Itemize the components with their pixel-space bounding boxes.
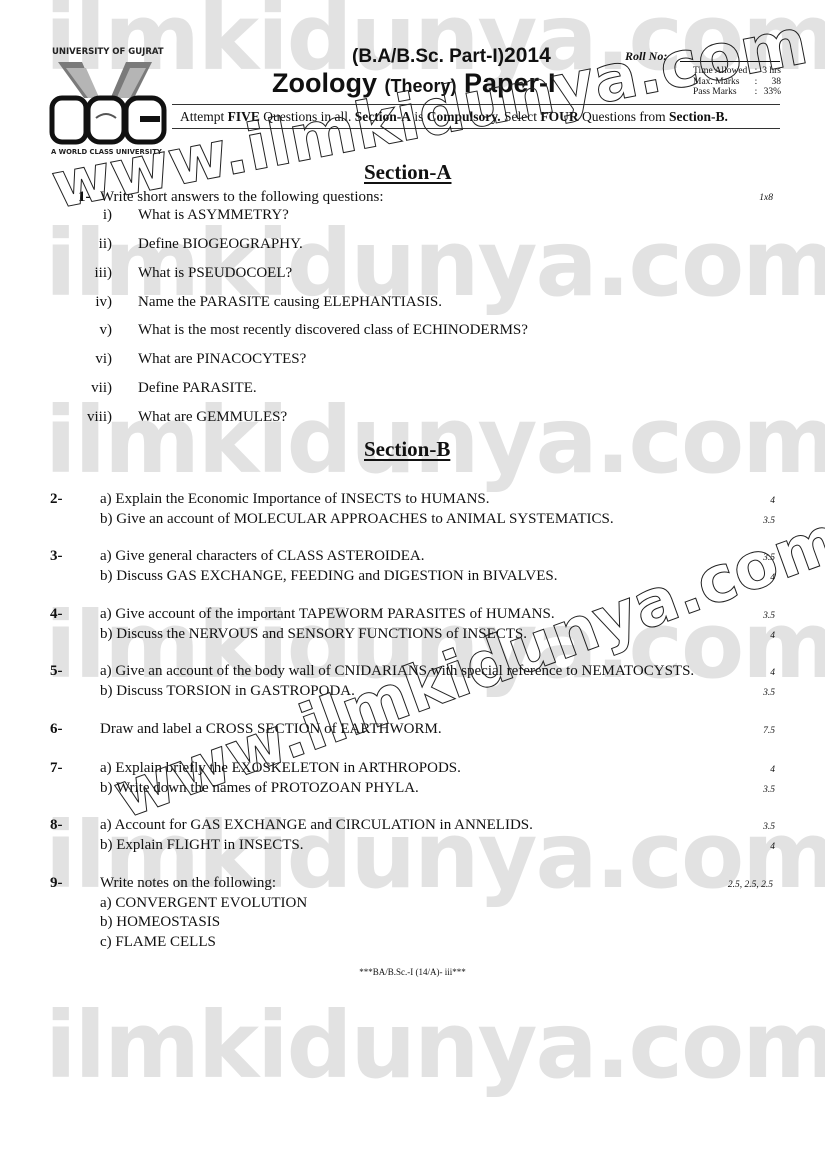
part-marks: 4: [695, 668, 775, 678]
question-part: c) FLAME CELLS: [100, 934, 216, 951]
part-marks: 3.5: [695, 822, 775, 832]
question-part: b) Explain FLIGHT in INSECTS.: [100, 837, 303, 854]
question-number: 4-: [50, 606, 63, 623]
question-number: 7-: [50, 760, 63, 777]
part-marks: 4: [695, 631, 775, 641]
question-part: a) CONVERGENT EVOLUTION: [100, 895, 307, 912]
question-number: 8-: [50, 817, 63, 834]
part-marks: 3.5: [695, 785, 775, 795]
part-marks: 7.5: [695, 726, 775, 736]
question-number: 5-: [50, 663, 63, 680]
question-part: Write notes on the following:: [100, 875, 276, 892]
question-number: 9-: [50, 875, 63, 892]
question-part: b) Discuss GAS EXCHANGE, FEEDING and DIG…: [100, 568, 558, 585]
question-part: b) Give an account of MOLECULAR APPROACH…: [100, 511, 614, 528]
part-marks: 4: [695, 765, 775, 775]
part-marks: 4: [695, 842, 775, 852]
question-part: a) Give account of the important TAPEWOR…: [100, 606, 555, 623]
part-marks: 4: [695, 496, 775, 506]
part-marks: 2.5, 2.5, 2.5: [693, 880, 773, 890]
part-marks: 3.5: [695, 688, 775, 698]
question-number: 3-: [50, 548, 63, 565]
paper-code-footer: ***BA/B.Sc.-I (14/A)- iii***: [0, 967, 825, 977]
question-part: b) HOMEOSTASIS: [100, 914, 220, 931]
question-number: 6-: [50, 721, 63, 738]
question-part: a) Explain the Economic Importance of IN…: [100, 491, 490, 508]
question-number: 2-: [50, 491, 63, 508]
question-part: a) Give general characters of CLASS ASTE…: [100, 548, 425, 565]
